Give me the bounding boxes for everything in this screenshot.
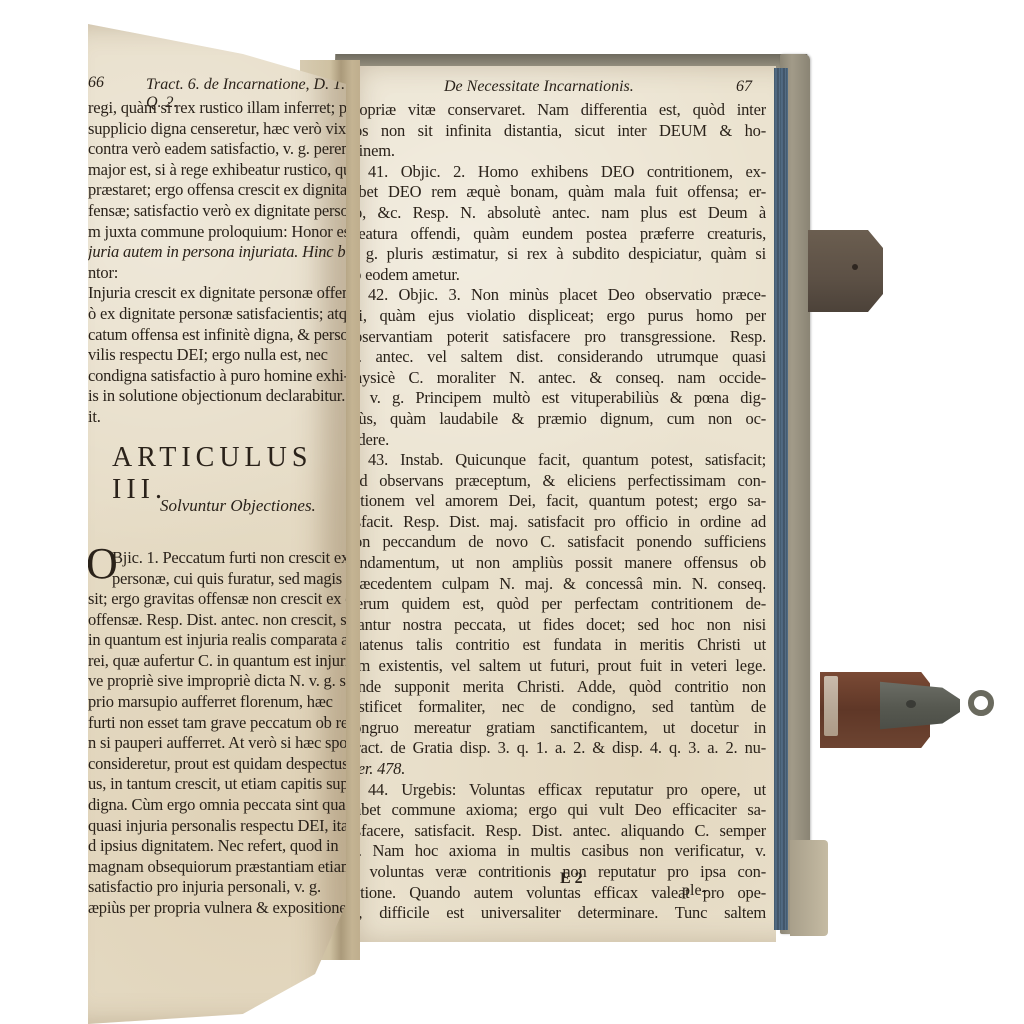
left-page: 66 Tract. 6. de Incarnatione, D. 1. Q. 2… <box>88 24 346 1024</box>
text-line: 41. Objic. 2. Homo exhibens DEO contriti… <box>346 162 766 183</box>
text-line: justificet formaliter, nec de condigno, … <box>346 697 766 718</box>
text-line: n si pauperi aufferret. At verò si hæc s… <box>88 733 346 754</box>
text-line: habet commune axioma; ergo qui vult Deo … <box>346 800 766 821</box>
text-line: hos non sit infinita distantia, sicut in… <box>346 121 766 142</box>
text-line: personæ, cui quis furatur, sed magis ex <box>112 569 370 590</box>
text-line: supplicio digna censeretur, hæc verò vix… <box>88 119 346 140</box>
left-page-body-bottom: Bjic. 1. Peccatum furti non crescit ex p… <box>112 548 370 589</box>
text-line: præstaret; ergo offensa crescit ex digni… <box>88 180 346 201</box>
text-line: digna. Cùm ergo omnia peccata sint quasi <box>88 795 346 816</box>
text-line: niùs, quàm laudabile & præmio dignum, cu… <box>346 409 766 430</box>
text-line: 42. Objic. 3. Non minùs placet Deo obser… <box>346 285 766 306</box>
left-page-number: 66 <box>88 74 104 92</box>
text-line: rei, quæ aufertur C. in quantum est inju… <box>88 651 346 672</box>
text-line: congruo mereatur gratiam sanctificantem,… <box>346 718 766 739</box>
text-line: m juxta commune proloquium: Honor est in… <box>88 222 346 243</box>
text-line: physicè C. moraliter N. antec. & conseq.… <box>346 368 766 389</box>
text-line: hibet DEO rem æquè bonam, quàm mala fuit… <box>346 182 766 203</box>
text-line: juria autem in persona injuriata. Hinc b… <box>88 242 346 263</box>
text-line: 43. Instab. Quicunque facit, quantum pot… <box>346 450 766 471</box>
text-line: vilis respectu DEI; ergo nulla est, nec <box>88 345 346 366</box>
text-line: furti non esset tam grave peccatum ob re… <box>88 713 346 734</box>
text-line: Injuria crescit ex dignitate personæ off… <box>88 283 346 304</box>
text-line: g. voluntas veræ contritionis non reputa… <box>346 862 766 883</box>
text-line: leantur nostra peccata, ut fides docet; … <box>346 615 766 636</box>
right-page: De Necessitate Incarnationis. 67 propriæ… <box>336 66 776 942</box>
text-line: re, difficile est universaliter determin… <box>346 903 766 924</box>
book-cover-bottom-lip <box>790 840 828 936</box>
text-line: d ipsius dignitatem. Nec refert, quod in <box>88 836 346 857</box>
text-line: ve propriè sive impropriè dicta N. v. g.… <box>88 671 346 692</box>
text-line: 44. Urgebis: Voluntas efficax reputatur … <box>346 780 766 801</box>
text-line: pti, quàm ejus violatio displiceat; ergo… <box>346 306 766 327</box>
text-line: minem. <box>346 141 766 162</box>
text-line: tisfacit. Resp. Dist. maj. satisfacit pr… <box>346 512 766 533</box>
text-line: contra verò eadem satisfactio, v. g. per… <box>88 139 346 160</box>
text-line: re v. g. Principem multò est vituperabil… <box>346 388 766 409</box>
signature-mark: E 2 <box>560 870 583 888</box>
text-line: Verum quidem est, quòd per perfectam con… <box>346 594 766 615</box>
text-line: quatenus talis contritio est fundata in … <box>346 635 766 656</box>
text-line: satisfactio pro injuria personali, v. g. <box>88 877 346 898</box>
text-line: præcedentem culpam N. maj. & concessâ mi… <box>346 574 766 595</box>
text-line: is in solutione objectionum declarabitur… <box>88 386 346 407</box>
text-line: ntor: <box>88 263 346 284</box>
text-line: v. g. pluris æstimatur, si rex à subdito… <box>346 244 766 265</box>
left-page-body-bottom-cont: sit; ergo gravitas offensæ non crescit e… <box>88 589 346 919</box>
clasp-ring-eye <box>968 690 994 716</box>
text-line: cidere. <box>346 430 766 451</box>
text-line: sed observans præceptum, & eliciens perf… <box>346 471 766 492</box>
upper-leather-clasp <box>808 230 883 312</box>
text-line: tritionem vel amorem Dei, facit, quantum… <box>346 491 766 512</box>
right-running-head: De Necessitate Incarnationis. <box>444 78 634 96</box>
text-line: consideretur, prout est quidam despectus… <box>88 754 346 775</box>
left-page-body-top: regi, quàm si rex rustico illam inferret… <box>88 98 346 428</box>
article-subheading: Solvuntur Objectiones. <box>160 496 316 516</box>
blue-fore-edge <box>774 68 788 930</box>
text-line: observantiam poterit satisfacere pro tra… <box>346 327 766 348</box>
text-line: Tract. de Gratia disp. 3. q. 1. a. 2. & … <box>346 738 766 759</box>
catchword: ple- <box>682 882 707 900</box>
text-line: condigna satisfactio à puro homine exhi- <box>88 366 346 387</box>
text-line: quasi injuria personalis respectu DEI, i… <box>88 816 346 837</box>
text-line: N. Nam hoc axioma in multis casibus non … <box>346 841 766 862</box>
strap-wear-mark <box>824 676 838 736</box>
text-line: us, in tantum crescit, ut etiam capitis … <box>88 774 346 795</box>
text-line: mer. 478. <box>346 759 766 780</box>
text-line: it. <box>88 407 346 428</box>
text-line: propriæ vitæ conservaret. Nam differenti… <box>346 100 766 121</box>
text-line: major est, si à rege exhibeatur rustico,… <box>88 160 346 181</box>
text-line: ab eodem ametur. <box>346 265 766 286</box>
text-line: Bjic. 1. Peccatum furti non crescit ex p… <box>112 548 370 569</box>
clasp-rivet <box>906 700 916 708</box>
text-line: go, &c. Resp. N. absolutè antec. nam plu… <box>346 203 766 224</box>
text-line: tisfacere, satisfacit. Resp. Dist. antec… <box>346 821 766 842</box>
text-line: N. antec. vel saltem dist. considerando … <box>346 347 766 368</box>
text-line: fensæ; satisfactio verò ex dignitate per… <box>88 201 346 222</box>
text-line: offensæ. Resp. Dist. antec. non crescit,… <box>88 610 346 631</box>
right-page-body: propriæ vitæ conservaret. Nam differenti… <box>346 100 766 924</box>
text-line: catum offensa est infinitè digna, & pers… <box>88 325 346 346</box>
text-line: æpiùs per propria vulnera & expositionem <box>88 898 346 919</box>
text-line: jam existentis, vel saltem ut futuri, pr… <box>346 656 766 677</box>
text-line: regi, quàm si rex rustico illam inferret… <box>88 98 346 119</box>
right-page-number: 67 <box>736 78 752 96</box>
text-line: Unde supponit merita Christi. Adde, quòd… <box>346 677 766 698</box>
text-line: ò ex dignitate personæ satisfacientis; a… <box>88 304 346 325</box>
book-photo: De Necessitate Incarnationis. 67 propriæ… <box>0 0 1024 1024</box>
text-line: non peccandum de novo C. satisfacit pone… <box>346 532 766 553</box>
clasp-rivet <box>852 264 858 270</box>
text-line: fundamentum, ut non ampliùs possit maner… <box>346 553 766 574</box>
text-line: sit; ergo gravitas offensæ non crescit e… <box>88 589 346 610</box>
text-line: magnam obsequiorum præstantiam etiam <box>88 857 346 878</box>
text-line: prio marsupio aufferret florenum, hæc <box>88 692 346 713</box>
text-line: in quantum est injuria realis comparata … <box>88 630 346 651</box>
text-line: creatura offendi, quàm eundem postea præ… <box>346 224 766 245</box>
